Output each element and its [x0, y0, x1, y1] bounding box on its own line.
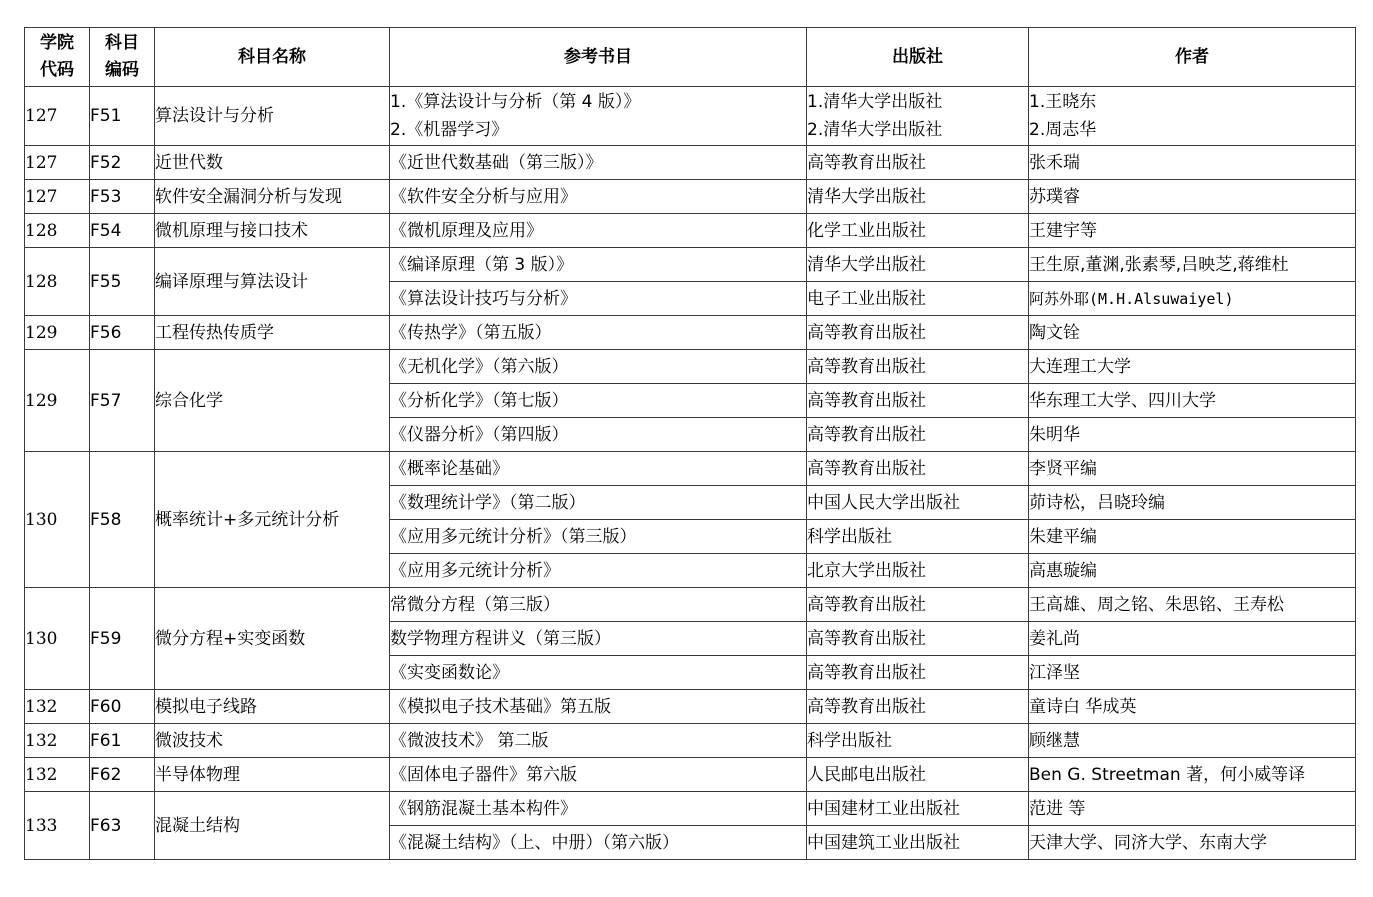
author: 大连理工大学	[1029, 350, 1356, 384]
reference-book: 常微分方程（第三版）	[390, 588, 807, 622]
college-code: 130	[25, 588, 90, 690]
publisher: 中国建筑工业出版社	[807, 826, 1029, 860]
table-row: 127 F52 近世代数 《近世代数基础（第三版）》 高等教育出版社 张禾瑞	[25, 146, 1356, 180]
subject-code: F52	[90, 146, 155, 180]
reference-book: 《钢筋混凝土基本构件》	[390, 792, 807, 826]
subject-name: 微分方程+实变函数	[155, 588, 390, 690]
author-line: 2.周志华	[1029, 116, 1355, 144]
reference-book: 《传热学》（第五版）	[390, 316, 807, 350]
publisher-line: 2.清华大学出版社	[807, 116, 1028, 144]
reference-book-line: 1.《算法设计与分析（第 4 版）》	[390, 88, 806, 116]
author: 华东理工大学、四川大学	[1029, 384, 1356, 418]
reference-book: 《编译原理（第 3 版）》	[390, 248, 807, 282]
header-subject-code-line2: 编码	[90, 57, 154, 84]
publisher: 高等教育出版社	[807, 316, 1029, 350]
subject-code: F54	[90, 214, 155, 248]
header-college-code-line2: 代码	[25, 57, 89, 84]
publisher: 高等教育出版社	[807, 418, 1029, 452]
header-college-code-line1: 学院	[25, 30, 89, 57]
author: 张禾瑞	[1029, 146, 1356, 180]
author: 王生原,董渊,张素琴,吕映芝,蒋维杜	[1029, 248, 1356, 282]
subject-code: F59	[90, 588, 155, 690]
reference-book: 《微波技术》 第二版	[390, 724, 807, 758]
header-reference-book: 参考书目	[390, 28, 807, 87]
college-code: 129	[25, 350, 90, 452]
college-code: 133	[25, 792, 90, 860]
college-code: 132	[25, 724, 90, 758]
subject-code: F51	[90, 87, 155, 146]
author: 李贤平编	[1029, 452, 1356, 486]
publisher: 清华大学出版社	[807, 248, 1029, 282]
table-row: 129 F57 综合化学 《无机化学》（第六版） 高等教育出版社 大连理工大学	[25, 350, 1356, 384]
table-row: 127 F51 算法设计与分析 1.《算法设计与分析（第 4 版）》 2.《机器…	[25, 87, 1356, 146]
subject-name: 模拟电子线路	[155, 690, 390, 724]
reference-book: 数学物理方程讲义（第三版）	[390, 622, 807, 656]
publisher: 高等教育出版社	[807, 622, 1029, 656]
author: 童诗白 华成英	[1029, 690, 1356, 724]
author: 1.王晓东 2.周志华	[1029, 87, 1356, 146]
reference-book: 《混凝土结构》（上、中册）（第六版）	[390, 826, 807, 860]
publisher: 高等教育出版社	[807, 350, 1029, 384]
author: 王建宇等	[1029, 214, 1356, 248]
reference-book: 《实变函数论》	[390, 656, 807, 690]
publisher: 高等教育出版社	[807, 452, 1029, 486]
subject-code: F56	[90, 316, 155, 350]
author: 王高雄、周之铭、朱思铭、王寿松	[1029, 588, 1356, 622]
reference-book: 《固体电子器件》第六版	[390, 758, 807, 792]
reference-book: 《软件安全分析与应用》	[390, 180, 807, 214]
subject-name: 微波技术	[155, 724, 390, 758]
header-college-code: 学院 代码	[25, 28, 90, 87]
reference-book: 《近世代数基础（第三版）》	[390, 146, 807, 180]
publisher: 高等教育出版社	[807, 384, 1029, 418]
reference-book: 《算法设计技巧与分析》	[390, 282, 807, 316]
author: 茆诗松，吕晓玲编	[1029, 486, 1356, 520]
subject-code: F55	[90, 248, 155, 316]
publisher: 人民邮电出版社	[807, 758, 1029, 792]
subject-name: 混凝土结构	[155, 792, 390, 860]
publisher-line: 1.清华大学出版社	[807, 88, 1028, 116]
author: 顾继慧	[1029, 724, 1356, 758]
table-row: 130 F58 概率统计+多元统计分析 《概率论基础》 高等教育出版社 李贤平编	[25, 452, 1356, 486]
author: 高惠璇编	[1029, 554, 1356, 588]
table-row: 128 F54 微机原理与接口技术 《微机原理及应用》 化学工业出版社 王建宇等	[25, 214, 1356, 248]
publisher: 科学出版社	[807, 520, 1029, 554]
reference-book: 《模拟电子技术基础》第五版	[390, 690, 807, 724]
table-row: 127 F53 软件安全漏洞分析与发现 《软件安全分析与应用》 清华大学出版社 …	[25, 180, 1356, 214]
subject-name: 工程传热传质学	[155, 316, 390, 350]
college-code: 127	[25, 87, 90, 146]
reference-book: 1.《算法设计与分析（第 4 版）》 2.《机器学习》	[390, 87, 807, 146]
author: 姜礼尚	[1029, 622, 1356, 656]
college-code: 127	[25, 180, 90, 214]
college-code: 129	[25, 316, 90, 350]
reference-books-table: 学院 代码 科目 编码 科目名称 参考书目 出版社 作者 127 F51 算法设…	[24, 27, 1356, 860]
header-subject-code: 科目 编码	[90, 28, 155, 87]
college-code: 132	[25, 758, 90, 792]
author: 阿苏外耶(M.H.Alsuwaiyel)	[1029, 282, 1356, 316]
reference-book: 《微机原理及应用》	[390, 214, 807, 248]
table-row: 133 F63 混凝土结构 《钢筋混凝土基本构件》 中国建材工业出版社 范进 等	[25, 792, 1356, 826]
author: 苏璞睿	[1029, 180, 1356, 214]
college-code: 132	[25, 690, 90, 724]
publisher: 高等教育出版社	[807, 146, 1029, 180]
subject-name: 综合化学	[155, 350, 390, 452]
publisher: 中国人民大学出版社	[807, 486, 1029, 520]
publisher: 高等教育出版社	[807, 690, 1029, 724]
header-subject-code-line1: 科目	[90, 30, 154, 57]
author-line: 1.王晓东	[1029, 88, 1355, 116]
reference-book: 《应用多元统计分析》	[390, 554, 807, 588]
subject-code: F61	[90, 724, 155, 758]
subject-code: F63	[90, 792, 155, 860]
reference-book: 《分析化学》（第七版）	[390, 384, 807, 418]
subject-code: F57	[90, 350, 155, 452]
publisher: 电子工业出版社	[807, 282, 1029, 316]
table-row: 129 F56 工程传热传质学 《传热学》（第五版） 高等教育出版社 陶文铨	[25, 316, 1356, 350]
subject-name: 软件安全漏洞分析与发现	[155, 180, 390, 214]
publisher: 高等教育出版社	[807, 588, 1029, 622]
reference-book: 《数理统计学》（第二版）	[390, 486, 807, 520]
table-row: 128 F55 编译原理与算法设计 《编译原理（第 3 版）》 清华大学出版社 …	[25, 248, 1356, 282]
subject-name: 算法设计与分析	[155, 87, 390, 146]
author: 天津大学、同济大学、东南大学	[1029, 826, 1356, 860]
subject-name: 半导体物理	[155, 758, 390, 792]
author: 朱建平编	[1029, 520, 1356, 554]
author: 范进 等	[1029, 792, 1356, 826]
reference-book: 《概率论基础》	[390, 452, 807, 486]
subject-name: 近世代数	[155, 146, 390, 180]
college-code: 128	[25, 214, 90, 248]
reference-book: 《无机化学》（第六版）	[390, 350, 807, 384]
table-row: 132 F61 微波技术 《微波技术》 第二版 科学出版社 顾继慧	[25, 724, 1356, 758]
author: 江泽坚	[1029, 656, 1356, 690]
table-row: 132 F60 模拟电子线路 《模拟电子技术基础》第五版 高等教育出版社 童诗白…	[25, 690, 1356, 724]
subject-code: F62	[90, 758, 155, 792]
reference-book: 《应用多元统计分析》（第三版）	[390, 520, 807, 554]
header-row: 学院 代码 科目 编码 科目名称 参考书目 出版社 作者	[25, 28, 1356, 87]
college-code: 127	[25, 146, 90, 180]
college-code: 130	[25, 452, 90, 588]
header-subject-name: 科目名称	[155, 28, 390, 87]
reference-book: 《仪器分析》（第四版）	[390, 418, 807, 452]
college-code: 128	[25, 248, 90, 316]
publisher: 北京大学出版社	[807, 554, 1029, 588]
table-row: 130 F59 微分方程+实变函数 常微分方程（第三版） 高等教育出版社 王高雄…	[25, 588, 1356, 622]
publisher: 中国建材工业出版社	[807, 792, 1029, 826]
publisher: 1.清华大学出版社 2.清华大学出版社	[807, 87, 1029, 146]
author-text: 阿苏外耶(M.H.Alsuwaiyel)	[1029, 290, 1234, 308]
subject-code: F60	[90, 690, 155, 724]
subject-name: 概率统计+多元统计分析	[155, 452, 390, 588]
subject-code: F53	[90, 180, 155, 214]
reference-book-line: 2.《机器学习》	[390, 116, 806, 144]
header-author: 作者	[1029, 28, 1356, 87]
publisher: 科学出版社	[807, 724, 1029, 758]
publisher: 清华大学出版社	[807, 180, 1029, 214]
publisher: 高等教育出版社	[807, 656, 1029, 690]
subject-name: 编译原理与算法设计	[155, 248, 390, 316]
publisher: 化学工业出版社	[807, 214, 1029, 248]
author: Ben G. Streetman 著，何小威等译	[1029, 758, 1356, 792]
author: 陶文铨	[1029, 316, 1356, 350]
subject-name: 微机原理与接口技术	[155, 214, 390, 248]
author: 朱明华	[1029, 418, 1356, 452]
table-row: 132 F62 半导体物理 《固体电子器件》第六版 人民邮电出版社 Ben G.…	[25, 758, 1356, 792]
header-publisher: 出版社	[807, 28, 1029, 87]
subject-code: F58	[90, 452, 155, 588]
